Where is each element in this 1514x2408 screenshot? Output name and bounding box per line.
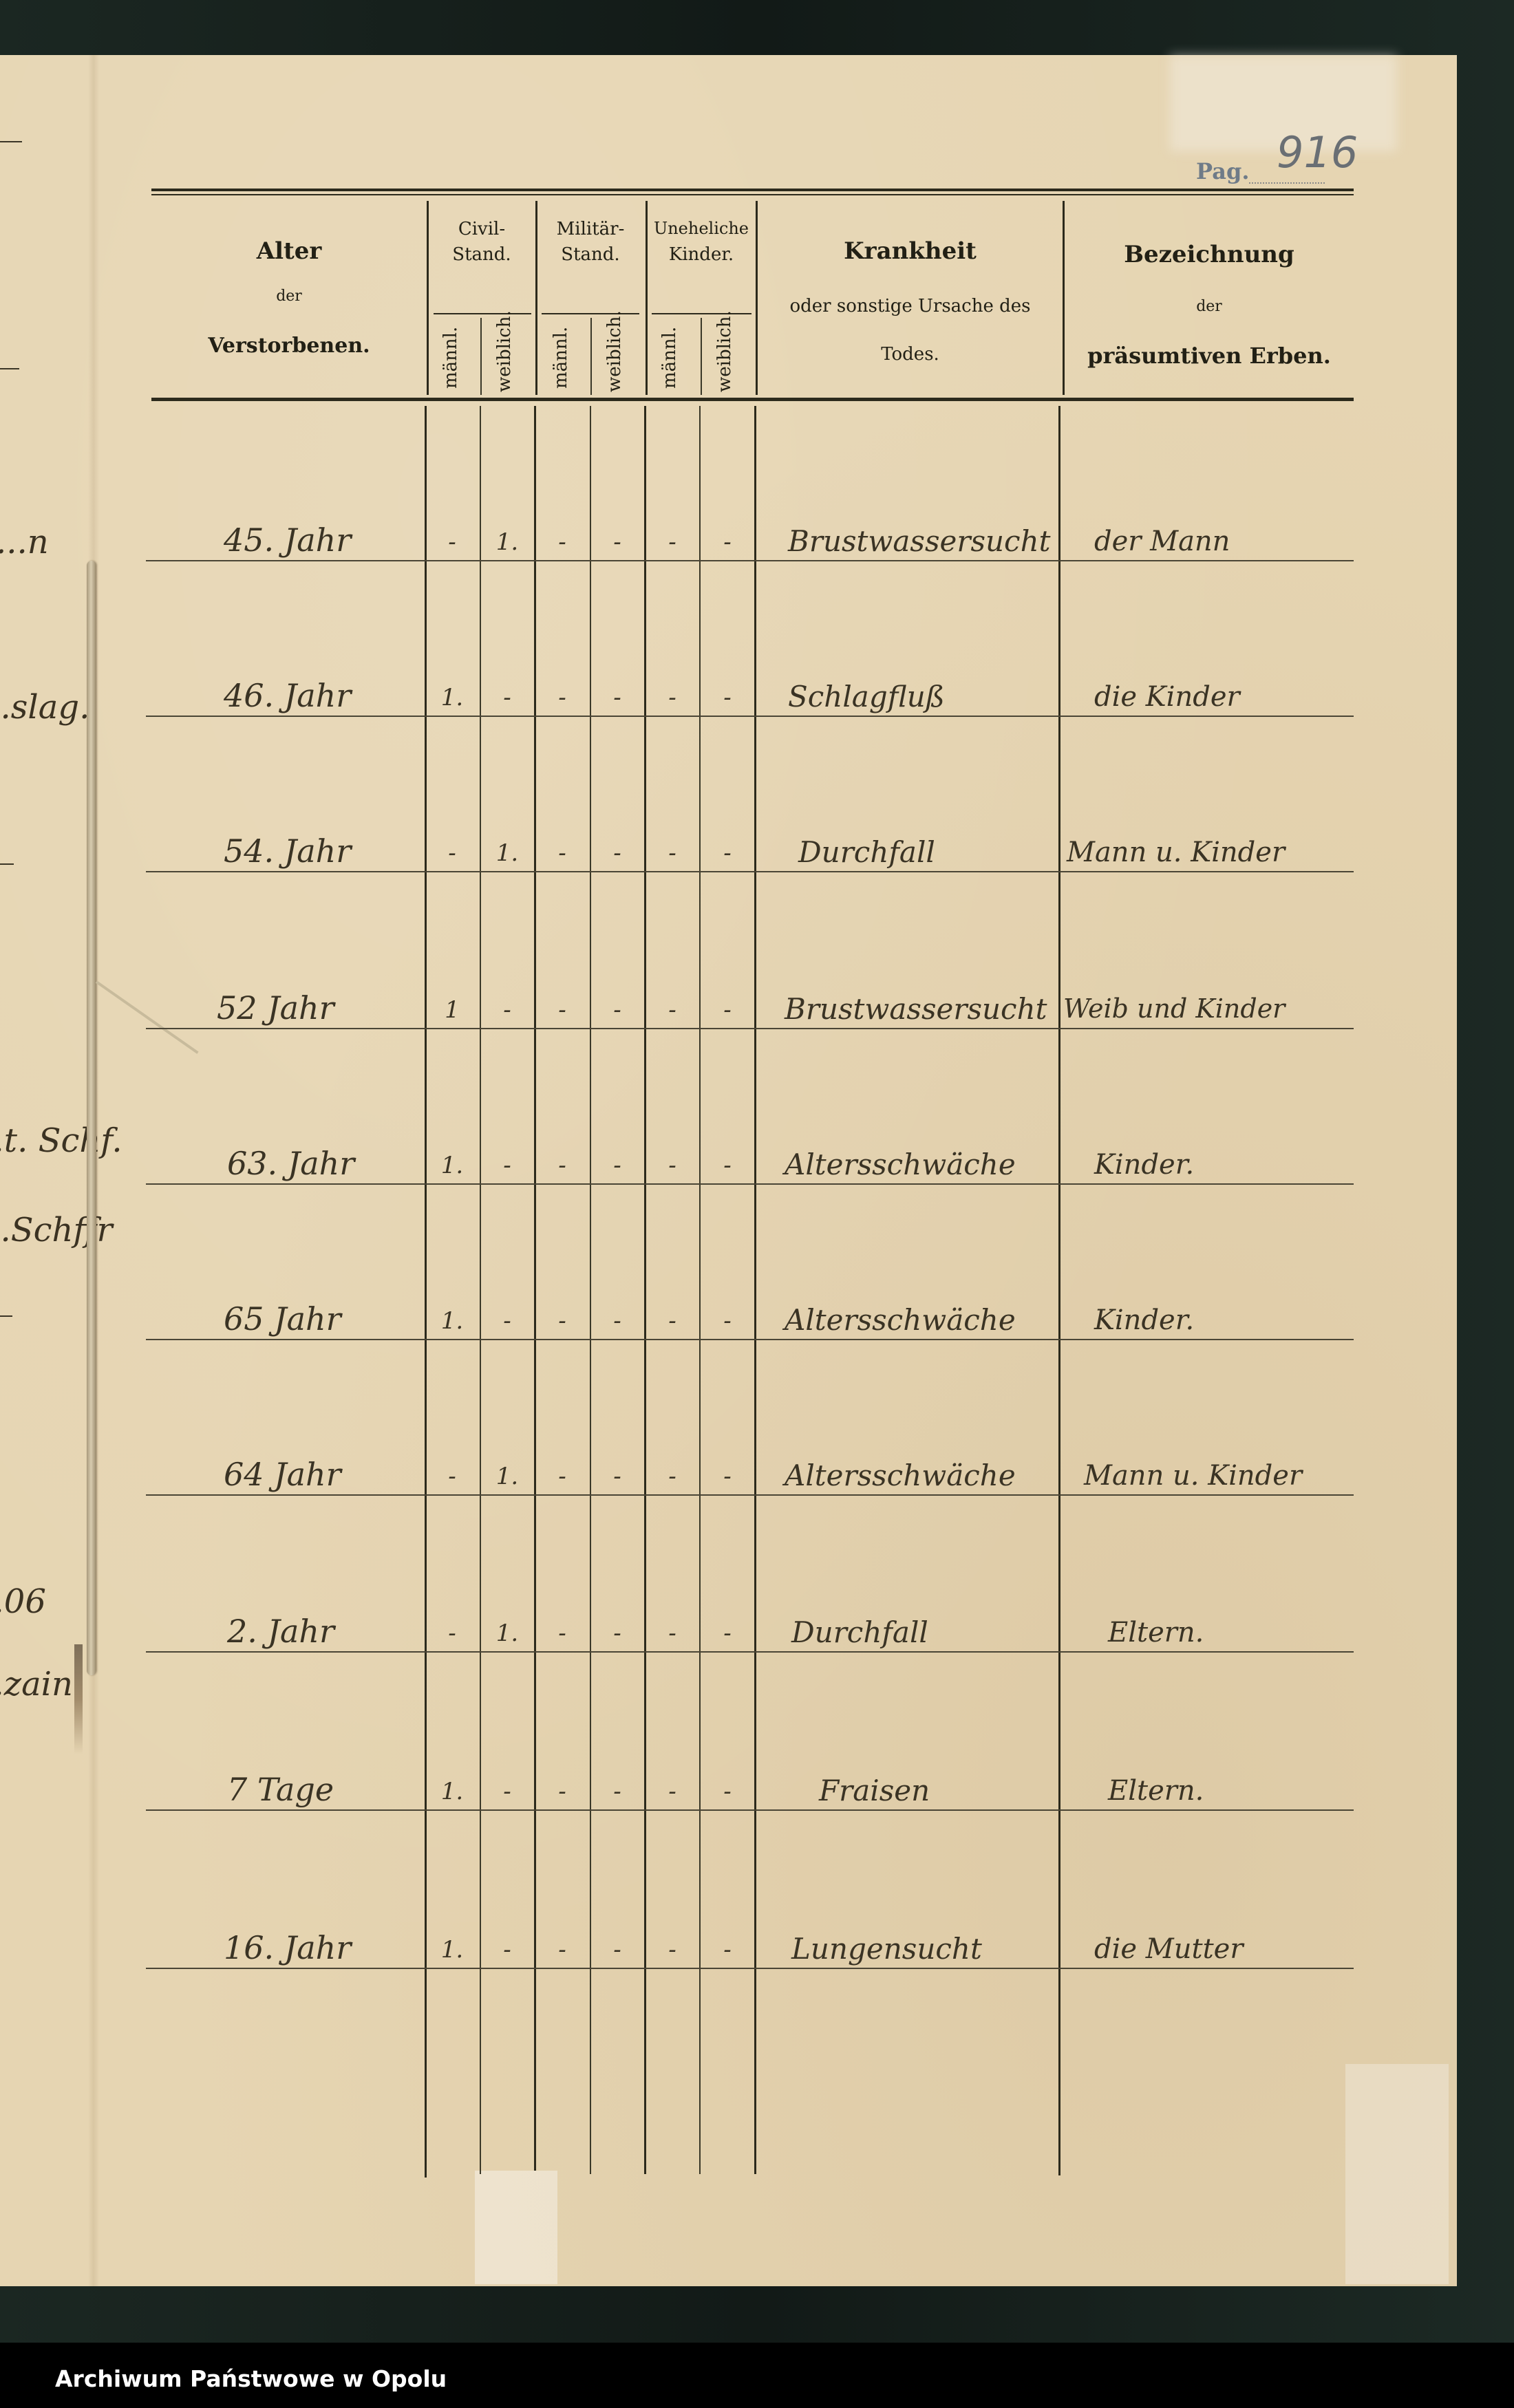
row-heirs: Kinder. [1094, 1304, 1194, 1336]
row-military-male: - [538, 996, 586, 1024]
row-age: 65 Jahr [224, 1300, 341, 1337]
row-illegitimate-female: - [703, 1463, 751, 1490]
row-civil-female: - [483, 1778, 531, 1805]
row-military-female: - [593, 1936, 641, 1964]
prev-page-text: ...t. Schf. [0, 1121, 122, 1160]
header-illegitimate-female: weiblich. [714, 323, 739, 392]
column-divider [1058, 406, 1060, 2175]
row-military-female: - [593, 528, 641, 556]
row-civil-male: 1. [428, 1307, 476, 1335]
row-age: 54. Jahr [224, 832, 351, 870]
column-divider [534, 406, 536, 2171]
row-rule-3 [146, 871, 1354, 872]
column-divider [480, 406, 481, 2174]
binding-string [87, 561, 96, 1675]
header-illegitimate-line1: Uneheliche [647, 219, 756, 238]
page-label: Pag. [1196, 158, 1249, 184]
row-cause: Brustwassersucht [788, 524, 1051, 558]
prev-page-rule [0, 141, 22, 142]
row-cause: Lungensucht [791, 1932, 982, 1966]
page-number: 916 [1277, 127, 1358, 178]
row-illegitimate-male: - [648, 1620, 696, 1647]
column-divider [590, 318, 592, 395]
row-illegitimate-female: - [703, 1936, 751, 1964]
row-heirs: Weib und Kinder [1063, 993, 1285, 1024]
row-age: 16. Jahr [224, 1929, 351, 1966]
paper-tear [74, 1644, 83, 1754]
row-military-male: - [538, 1463, 586, 1490]
row-heirs: Mann u. Kinder [1084, 1460, 1302, 1492]
row-military-male: - [538, 684, 586, 711]
repair-tape-edge [1345, 2064, 1449, 2284]
row-illegitimate-male: - [648, 1778, 696, 1805]
row-illegitimate-male: - [648, 839, 696, 867]
header-age-deceased: Verstorbenen. [151, 334, 427, 358]
column-divider [699, 406, 701, 2174]
row-illegitimate-male: - [648, 528, 696, 556]
header-bottom-rule [151, 398, 1354, 401]
row-age: 45. Jahr [224, 522, 351, 559]
row-military-female: - [593, 839, 641, 867]
row-illegitimate-male: - [648, 684, 696, 711]
row-illegitimate-female: - [703, 1307, 751, 1335]
prev-page-rule [0, 863, 14, 865]
illegitimate-subheader-rule [652, 313, 751, 314]
row-civil-male: 1. [428, 684, 476, 711]
row-civil-male: - [428, 1463, 476, 1490]
row-civil-female: 1. [483, 528, 531, 556]
row-military-male: - [538, 1152, 586, 1179]
header-illegitimate-male: männl. [659, 323, 684, 392]
column-divider [754, 406, 756, 2174]
row-civil-male: 1 [428, 996, 476, 1024]
row-military-male: - [538, 1936, 586, 1964]
row-heirs: der Mann [1094, 526, 1230, 557]
column-divider [644, 406, 646, 2174]
row-illegitimate-male: - [648, 1463, 696, 1490]
prev-page-text: ...n [0, 523, 49, 561]
row-illegitimate-female: - [703, 996, 751, 1024]
row-military-female: - [593, 1307, 641, 1335]
row-illegitimate-male: - [648, 1307, 696, 1335]
prev-page-text: ...slag. [0, 688, 89, 727]
header-military-female: weiblich. [604, 323, 629, 392]
row-military-female: - [593, 684, 641, 711]
row-civil-male: - [428, 1620, 476, 1647]
row-military-female: - [593, 1620, 641, 1647]
header-age-title: Alter [151, 237, 427, 265]
row-age: 52 Jahr [217, 989, 334, 1026]
row-illegitimate-male: - [648, 1936, 696, 1964]
column-divider [701, 318, 702, 395]
row-illegitimate-female: - [703, 839, 751, 867]
row-age: 2. Jahr [227, 1613, 334, 1650]
row-cause: Brustwassersucht [785, 992, 1047, 1026]
row-cause: Durchfall [798, 835, 935, 869]
row-civil-female: - [483, 996, 531, 1024]
header-civil-male: männl. [440, 323, 465, 392]
row-rule-2 [146, 716, 1354, 717]
civil-subheader-rule [434, 313, 531, 314]
column-divider [590, 406, 591, 2174]
prev-page-rule [0, 368, 19, 369]
prev-page-text: ...zain [0, 1665, 73, 1703]
row-heirs: Eltern. [1108, 1775, 1204, 1807]
row-cause: Altersschwäche [785, 1303, 1016, 1337]
row-civil-female: - [483, 684, 531, 711]
header-military-male: männl. [551, 323, 575, 392]
row-civil-female: 1. [483, 839, 531, 867]
header-age-der: der [151, 288, 427, 305]
row-illegitimate-male: - [648, 1152, 696, 1179]
header-heirs-presumptive: präsumtiven Erben. [1065, 343, 1354, 369]
header-cause-death: Todes. [757, 344, 1063, 365]
row-military-female: - [593, 1152, 641, 1179]
row-heirs: die Kinder [1094, 681, 1240, 713]
header-top-rule [151, 189, 1354, 191]
row-cause: Altersschwäche [785, 1459, 1016, 1492]
header-illegitimate-line2: Kinder. [647, 244, 756, 265]
column-divider [425, 406, 427, 2178]
row-rule-9 [146, 1809, 1354, 1811]
row-civil-male: 1. [428, 1778, 476, 1805]
row-civil-male: - [428, 528, 476, 556]
row-rule-1 [146, 560, 1354, 561]
header-top-rule-thin [151, 194, 1354, 195]
header-civil-female: weiblich. [494, 323, 519, 392]
header-civil-line2: Stand. [428, 244, 535, 265]
row-illegitimate-male: - [648, 996, 696, 1024]
prev-page-text: ...06 [0, 1582, 46, 1621]
row-illegitimate-female: - [703, 528, 751, 556]
row-illegitimate-female: - [703, 684, 751, 711]
row-civil-male: - [428, 839, 476, 867]
row-rule-4 [146, 1028, 1354, 1029]
header-heirs-der: der [1065, 298, 1354, 315]
header-civil-line1: Civil- [428, 219, 535, 239]
row-heirs: Eltern. [1108, 1617, 1204, 1648]
row-rule-6 [146, 1339, 1354, 1340]
row-age: 63. Jahr [227, 1145, 354, 1182]
row-rule-7 [146, 1494, 1354, 1496]
row-civil-female: - [483, 1936, 531, 1964]
row-illegitimate-female: - [703, 1620, 751, 1647]
row-military-male: - [538, 1307, 586, 1335]
row-rule-5 [146, 1183, 1354, 1185]
repair-tape [475, 2171, 557, 2284]
row-cause: Durchfall [791, 1615, 928, 1649]
header-military-line1: Militär- [537, 219, 644, 239]
row-civil-female: 1. [483, 1463, 531, 1490]
row-military-male: - [538, 528, 586, 556]
row-military-male: - [538, 839, 586, 867]
row-age: 64 Jahr [224, 1456, 341, 1493]
page-dotted-line [1249, 182, 1325, 184]
row-military-female: - [593, 996, 641, 1024]
row-heirs: Kinder. [1094, 1149, 1194, 1181]
row-military-male: - [538, 1778, 586, 1805]
row-age: 46. Jahr [224, 677, 351, 714]
row-civil-female: - [483, 1307, 531, 1335]
row-cause: Schlagfluß [788, 680, 945, 713]
row-heirs: die Mutter [1094, 1933, 1243, 1965]
header-cause-sub: oder sonstige Ursache des [757, 296, 1063, 316]
row-military-female: - [593, 1778, 641, 1805]
header-heirs-title: Bezeichnung [1065, 241, 1354, 268]
row-illegitimate-female: - [703, 1152, 751, 1179]
prev-page-rule [0, 1315, 12, 1317]
row-rule-10 [146, 1968, 1354, 1969]
row-military-male: - [538, 1620, 586, 1647]
row-illegitimate-female: - [703, 1778, 751, 1805]
row-civil-male: 1. [428, 1936, 476, 1964]
row-cause: Fraisen [819, 1774, 930, 1807]
header-cause-title: Krankheit [757, 237, 1063, 265]
row-age: 7 Tage [227, 1771, 334, 1808]
row-heirs: Mann u. Kinder [1067, 837, 1285, 868]
row-civil-female: - [483, 1152, 531, 1179]
row-civil-male: 1. [428, 1152, 476, 1179]
row-civil-female: 1. [483, 1620, 531, 1647]
row-cause: Altersschwäche [785, 1148, 1016, 1181]
row-rule-8 [146, 1651, 1354, 1653]
column-divider [480, 318, 482, 395]
header-military-line2: Stand. [537, 244, 644, 265]
row-military-female: - [593, 1463, 641, 1490]
archive-name: Archiwum Państwowe w Opolu [55, 2365, 447, 2392]
